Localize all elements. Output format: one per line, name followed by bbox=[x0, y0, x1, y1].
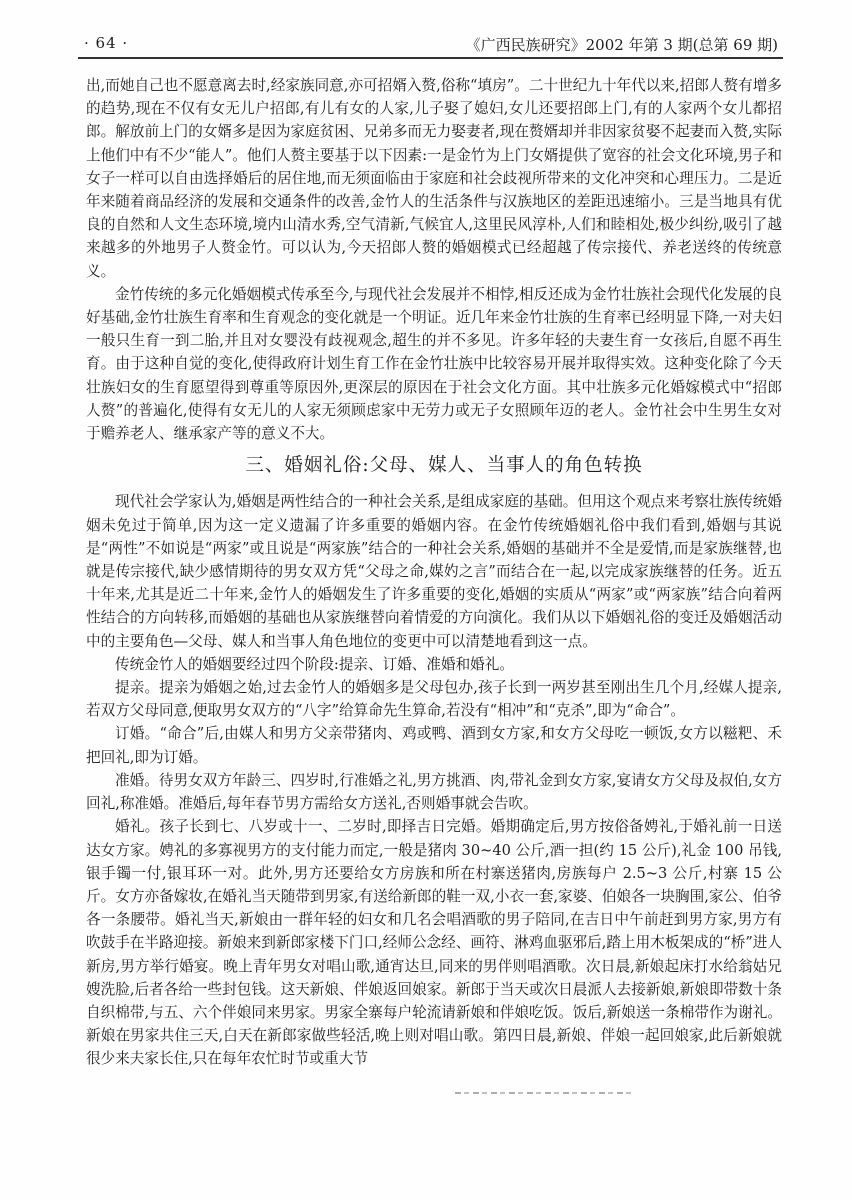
journal-citation: 《广西民族研究》2002 年第 3 期(总第 69 期) bbox=[466, 34, 778, 55]
section-heading: 三、婚姻礼俗:父母、媒人、当事人的角色转换 bbox=[86, 454, 782, 477]
paragraph: 出,而她自己也不愿意离去时,经家族同意,亦可招婿入赘,俗称“填房”。二十世纪九十… bbox=[86, 74, 782, 283]
paragraph: 婚礼。孩子长到七、八岁或十一、二岁时,即择吉日完婚。婚期确定后,男方按俗备娉礼,… bbox=[86, 815, 782, 1070]
paragraph: 现代社会学家认为,婚姻是两性结合的一种社会关系,是组成家庭的基础。但用这个观点来… bbox=[86, 490, 782, 652]
paragraph: 订婚。“命合”后,由媒人和男方父亲带猪肉、鸡或鸭、酒到女方家,和女方父母吃一顿饭… bbox=[86, 722, 782, 768]
page-header: · 64 · 《广西民族研究》2002 年第 3 期(总第 69 期) bbox=[84, 34, 778, 56]
scan-artifact bbox=[455, 1092, 635, 1094]
paragraph: 准婚。待男女双方年龄三、四岁时,行准婚之礼,男方挑酒、肉,带礼金到女方家,宴请女… bbox=[86, 769, 782, 815]
paragraph: 金竹传统的多元化婚姻模式传承至今,与现代社会发展并不相悖,相反还成为金竹壮族社会… bbox=[86, 283, 782, 445]
page-number: · 64 · bbox=[84, 34, 128, 52]
header-rule bbox=[78, 57, 783, 59]
article-body: 出,而她自己也不愿意离去时,经家族同意,亦可招婿入赘,俗称“填房”。二十世纪九十… bbox=[86, 74, 782, 1071]
paragraph: 传统金竹人的婚姻要经过四个阶段:提亲、订婚、准婚和婚礼。 bbox=[86, 653, 782, 676]
paragraph: 提亲。提亲为婚姻之始,过去金竹人的婚姻多是父母包办,孩子长到一两岁甚至刚出生几个… bbox=[86, 676, 782, 722]
